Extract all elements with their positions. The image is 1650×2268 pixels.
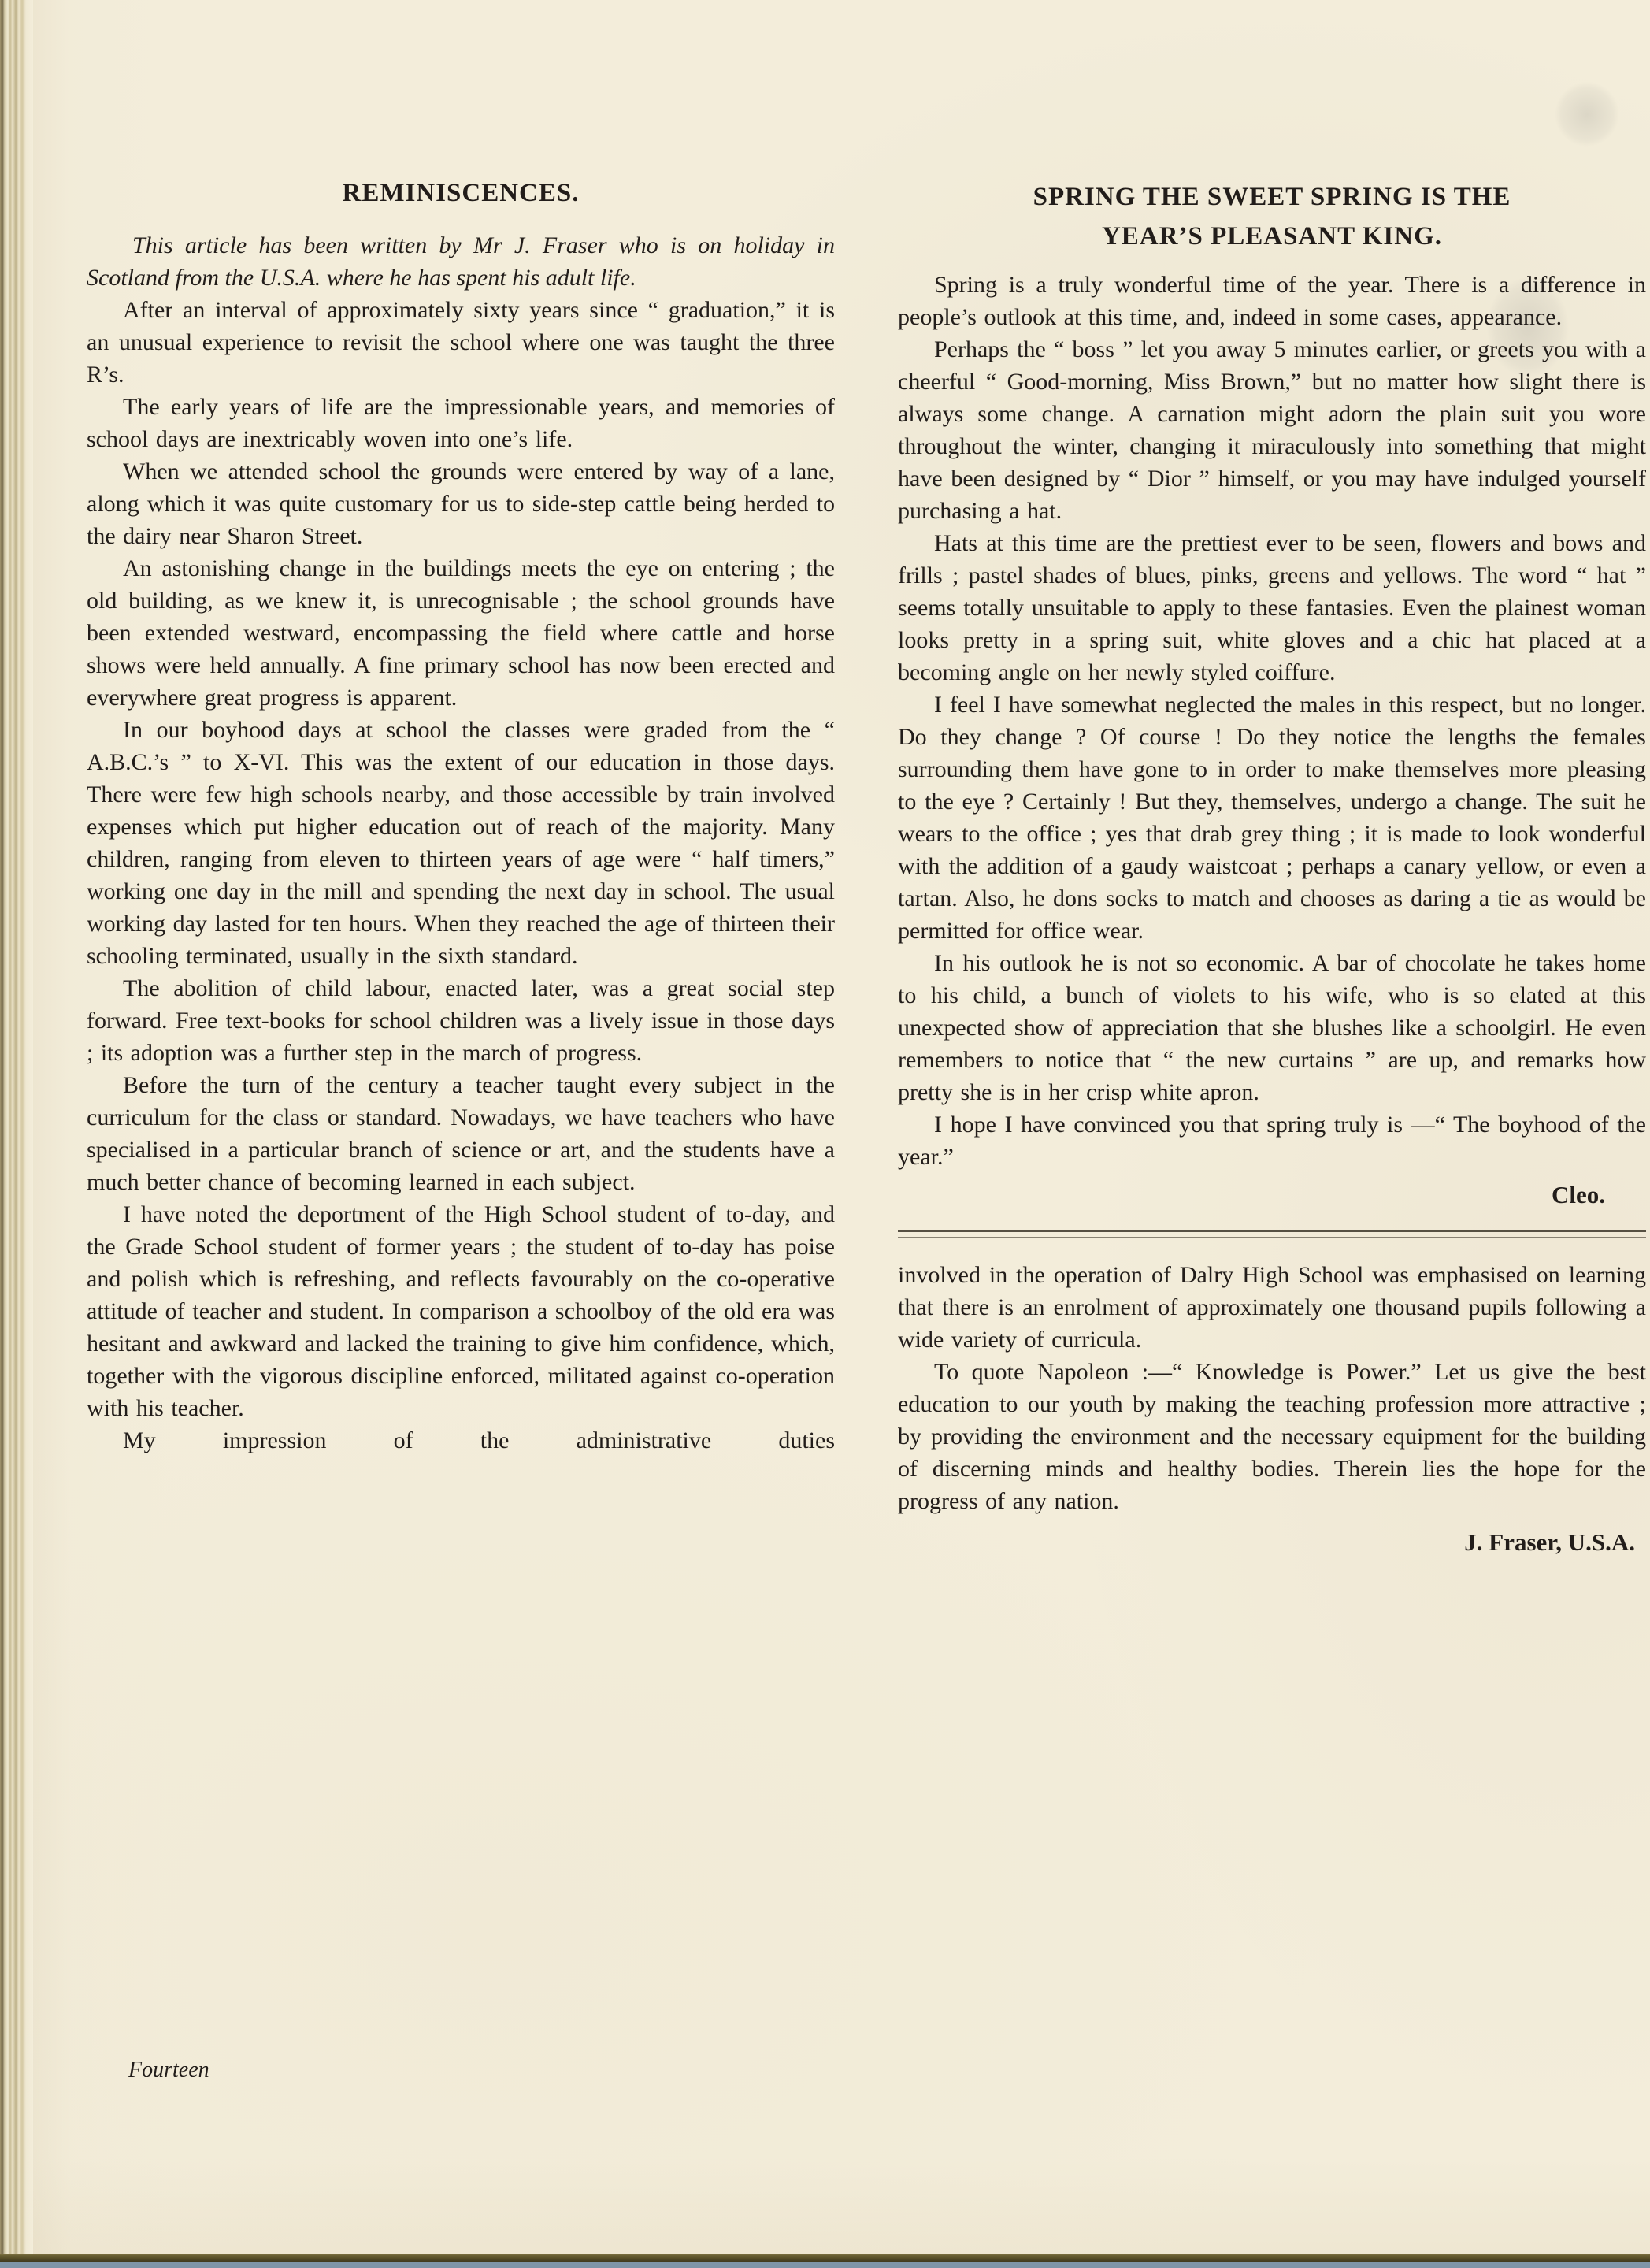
paragraph: I feel I have somewhat neglected the mal… xyxy=(898,689,1646,947)
article-intro: This article has been written by Mr J. F… xyxy=(87,229,835,294)
spring-title: SPRING THE SWEET SPRING IS THE YEAR’S PL… xyxy=(898,177,1646,256)
paragraph: My impression of the administrative duti… xyxy=(87,1424,835,1457)
page-bottom-edge xyxy=(0,2254,1650,2262)
continued-article-paragraphs: involved in the operation of Dalry High … xyxy=(898,1259,1646,1517)
paragraph: I have noted the deportment of the High … xyxy=(87,1198,835,1424)
left-column: REMINISCENCES. This article has been wri… xyxy=(87,177,835,1457)
paragraph: An astonishing change in the buildings m… xyxy=(87,552,835,714)
reminiscences-paragraphs: After an interval of approximately sixty… xyxy=(87,294,835,1457)
footer-page-number: Fourteen xyxy=(128,2058,209,2083)
reminiscences-title: REMINISCENCES. xyxy=(87,177,835,209)
print-bleed-smudge xyxy=(1544,71,1630,158)
paragraph: I hope I have convinced you that spring … xyxy=(898,1108,1646,1173)
divider-rule xyxy=(898,1230,1646,1238)
spring-title-line1: SPRING THE SWEET SPRING IS THE xyxy=(1033,183,1511,211)
paragraph: After an interval of approximately sixty… xyxy=(87,294,835,391)
paragraph: To quote Napoleon :—“ Knowledge is Power… xyxy=(898,1356,1646,1517)
paragraph: Hats at this time are the prettiest ever… xyxy=(898,527,1646,689)
paragraph: Perhaps the “ boss ” let you away 5 minu… xyxy=(898,333,1646,527)
right-column: SPRING THE SWEET SPRING IS THE YEAR’S PL… xyxy=(898,177,1646,1558)
spring-paragraphs: Spring is a truly wonderful time of the … xyxy=(898,269,1646,1173)
magazine-page: REMINISCENCES. This article has been wri… xyxy=(0,0,1650,2268)
paragraph: Spring is a truly wonderful time of the … xyxy=(898,269,1646,333)
paragraph: Before the turn of the century a teacher… xyxy=(87,1069,835,1198)
paragraph: The early years of life are the impressi… xyxy=(87,391,835,455)
book-binding-edge xyxy=(0,0,33,2268)
spring-title-line2: YEAR’S PLEASANT KING. xyxy=(1102,222,1442,251)
signature-fraser: J. Fraser, U.S.A. xyxy=(898,1527,1646,1558)
paragraph: When we attended school the grounds were… xyxy=(87,455,835,552)
paragraph: The abolition of child labour, enacted l… xyxy=(87,972,835,1069)
surface-below-page xyxy=(0,2262,1650,2268)
signature-cleo: Cleo. xyxy=(898,1179,1646,1211)
paragraph: In our boyhood days at school the classe… xyxy=(87,714,835,972)
paragraph: involved in the operation of Dalry High … xyxy=(898,1259,1646,1356)
paragraph: In his outlook he is not so economic. A … xyxy=(898,947,1646,1108)
